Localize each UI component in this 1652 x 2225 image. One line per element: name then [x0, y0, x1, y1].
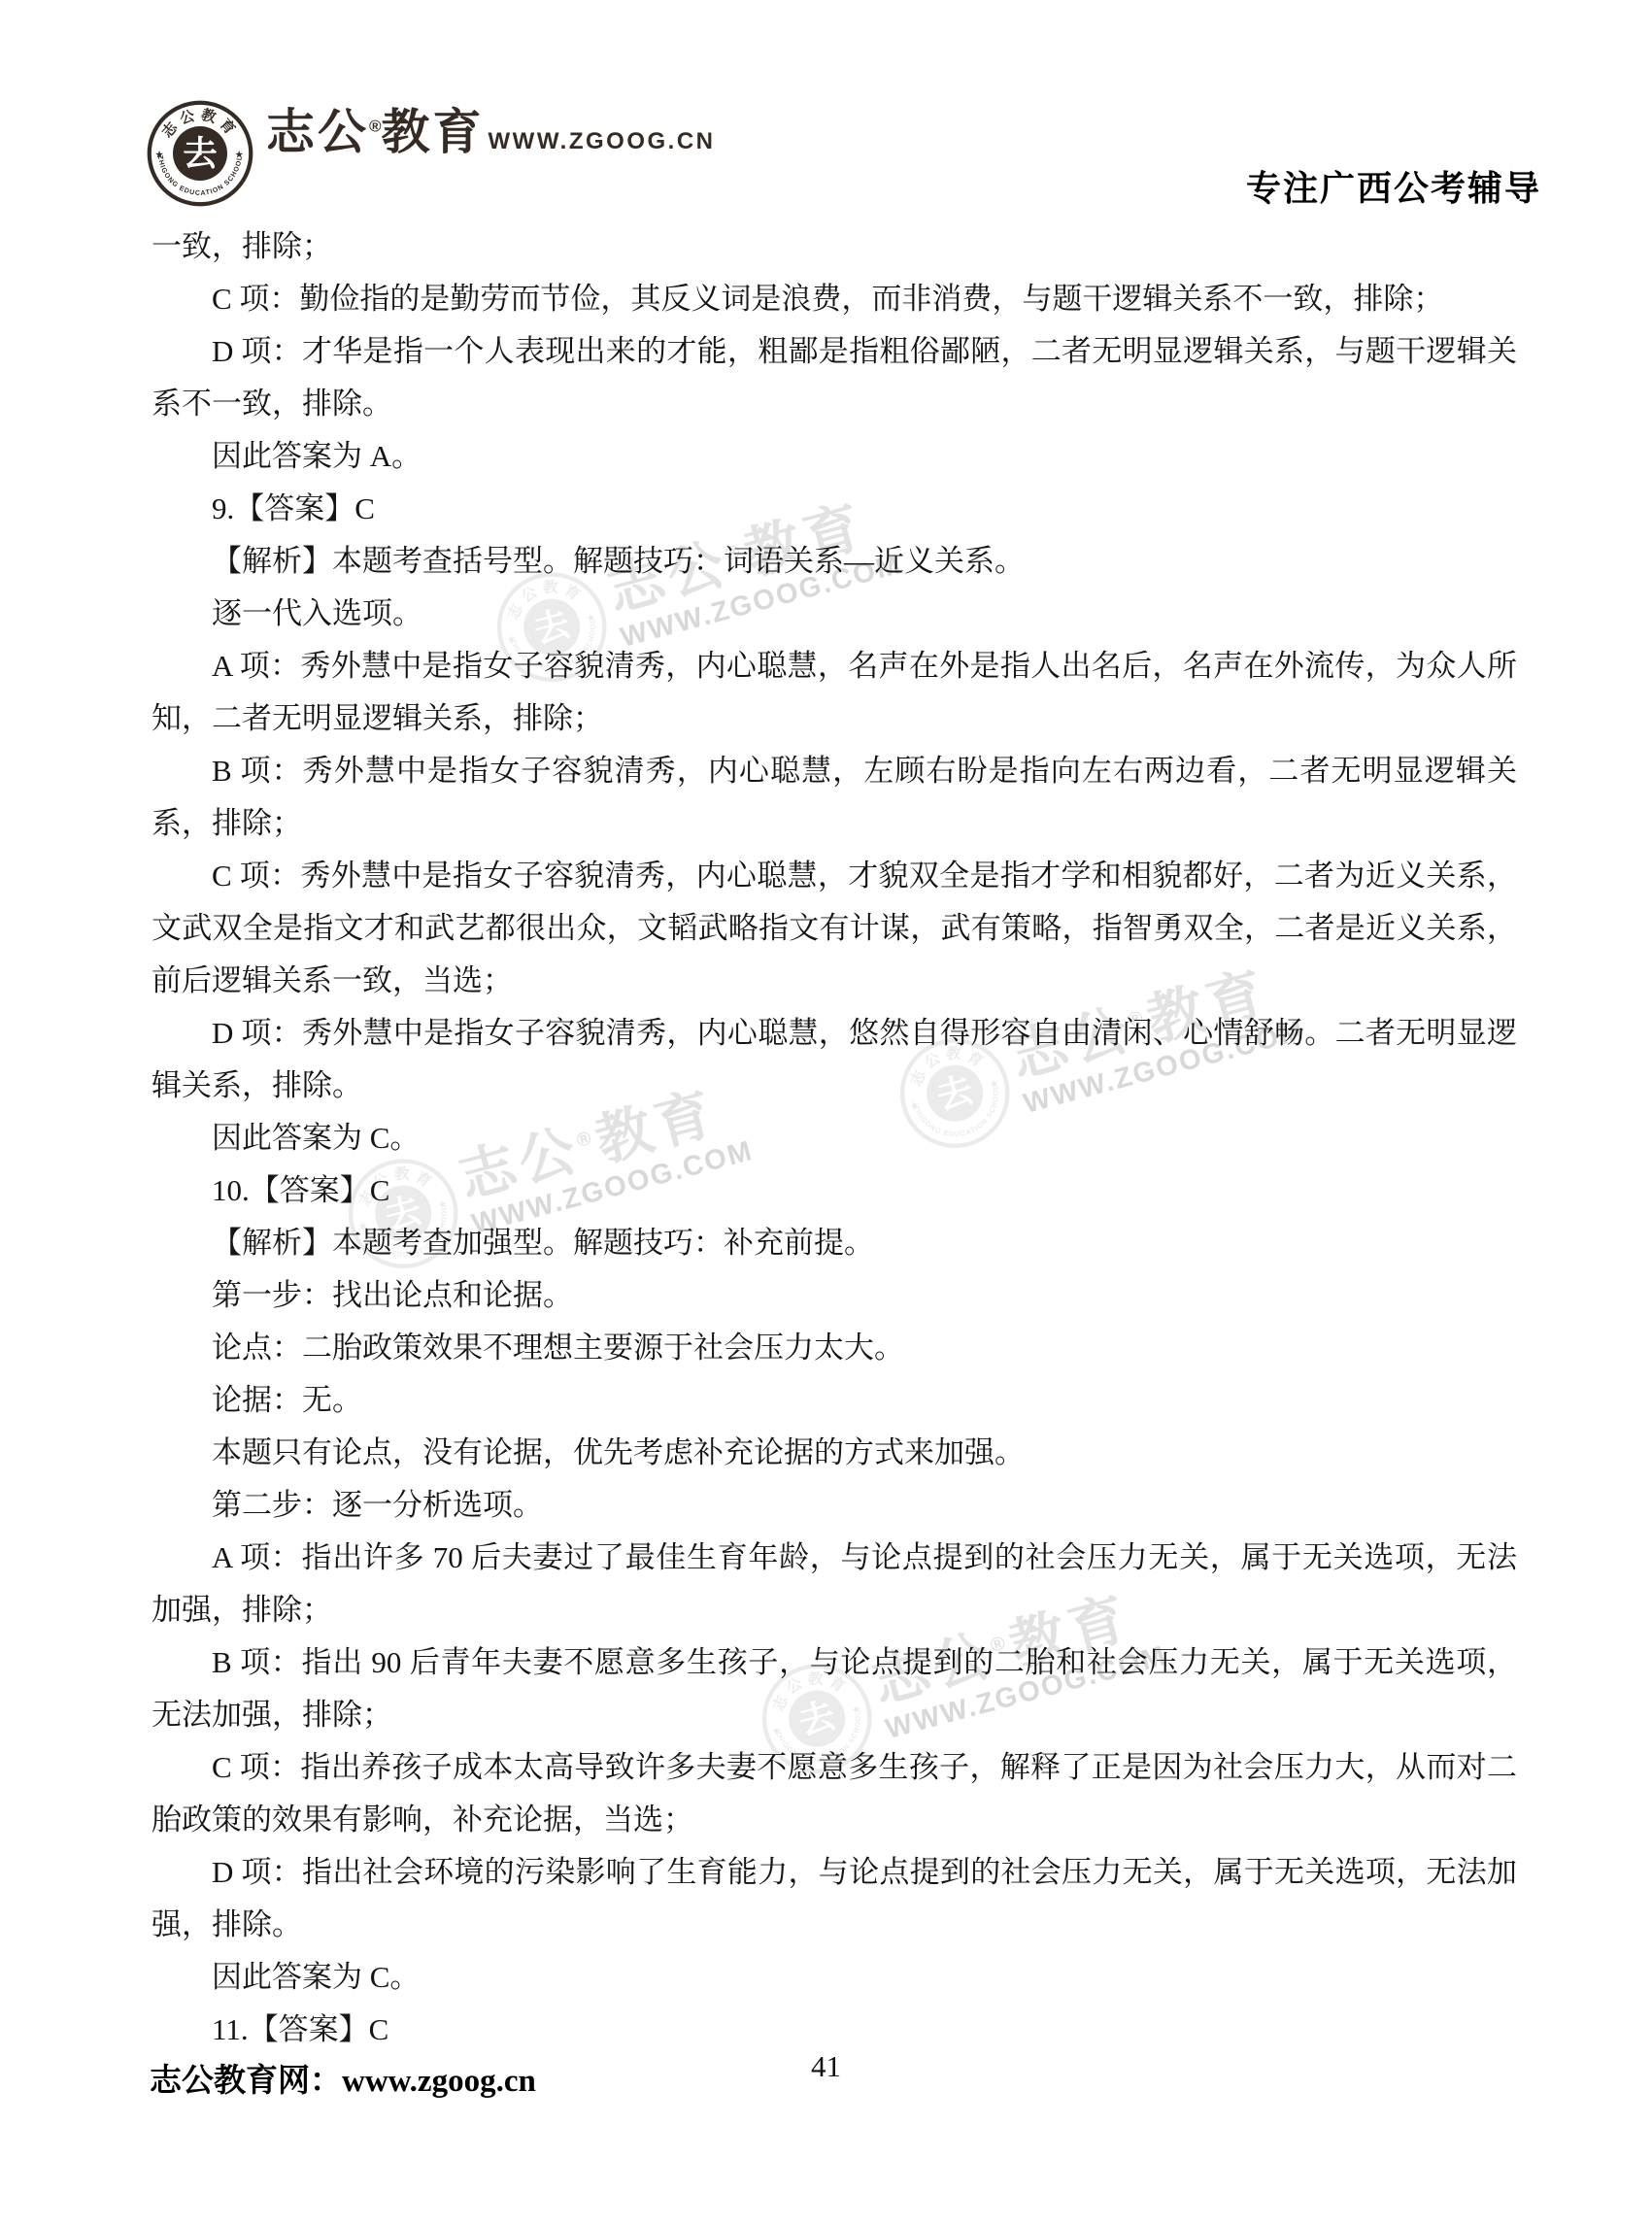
- paragraph: B 项：秀外慧中是指女子容貌清秀，内心聪慧，左顾右盼是指向左右两边看，二者无明显…: [152, 745, 1517, 850]
- paragraph: C 项：指出养孩子成本太高导致许多夫妻不愿意多生孩子，解释了正是因为社会压力大，…: [152, 1741, 1517, 1846]
- logo-text: 志公®教育 WWW.ZGOOG.CN: [266, 99, 716, 158]
- registered-trademark-icon: ®: [369, 117, 382, 135]
- svg-text:★: ★: [154, 151, 163, 161]
- brand-website: WWW.ZGOOG.CN: [489, 128, 716, 154]
- paragraph: 9.【答案】C: [152, 483, 1517, 535]
- zhigong-seal-icon: 去志公教育ZHIGONG EDUCATION SCHOOL★★: [146, 99, 254, 208]
- paragraph: 本题只有论点，没有论据，优先考虑补充论据的方式来加强。: [152, 1427, 1517, 1479]
- page-number: 41: [0, 2049, 1652, 2084]
- paragraph: 【解析】本题考查加强型。解题技巧：补充前提。: [152, 1217, 1517, 1269]
- zhigong-logo: 去志公教育ZHIGONG EDUCATION SCHOOL★★ 志公®教育 WW…: [146, 99, 716, 208]
- answer-explanations: 一致，排除；C 项：勤俭指的是勤劳而节俭，其反义词是浪费，而非消费，与题干逻辑关…: [152, 220, 1517, 2056]
- brand-wordmark: 志公®教育: [266, 105, 485, 159]
- header-tagline: 专注广西公考辅导: [1246, 161, 1541, 211]
- paragraph: D 项：才华是指一个人表现出来的才能，粗鄙是指粗俗鄙陋，二者无明显逻辑关系，与题…: [152, 325, 1517, 430]
- paragraph: 论点：二胎政策效果不理想主要源于社会压力太大。: [152, 1322, 1517, 1374]
- svg-text:★: ★: [234, 151, 243, 161]
- paragraph: 【解析】本题考查括号型。解题技巧：词语关系—近义关系。: [152, 535, 1517, 588]
- paragraph: C 项：秀外慧中是指女子容貌清秀，内心聪慧，才貌双全是指才学和相貌都好，二者为近…: [152, 850, 1517, 1007]
- paragraph: B 项：指出 90 后青年夫妻不愿意多生孩子，与论点提到的二胎和社会压力无关，属…: [152, 1636, 1517, 1741]
- paragraph: 一致，排除；: [152, 220, 1517, 273]
- paragraph: 因此答案为 C。: [152, 1112, 1517, 1164]
- document-page: 去志公教育ZHIGONG EDUCATION SCHOOL★★ 志公®教育 WW…: [0, 0, 1652, 2225]
- paragraph: D 项：秀外慧中是指女子容貌清秀，内心聪慧，悠然自得形容自由清闲、心情舒畅。二者…: [152, 1007, 1517, 1112]
- paragraph: 11.【答案】C: [152, 2004, 1517, 2056]
- paragraph: 论据：无。: [152, 1374, 1517, 1427]
- paragraph: 逐一代入选项。: [152, 588, 1517, 640]
- paragraph: 因此答案为 C。: [152, 1951, 1517, 2004]
- paragraph: 第二步：逐一分析选项。: [152, 1479, 1517, 1532]
- paragraph: A 项：指出许多 70 后夫妻过了最佳生育年龄，与论点提到的社会压力无关，属于无…: [152, 1532, 1517, 1636]
- svg-text:去: 去: [183, 134, 217, 173]
- paragraph: C 项：勤俭指的是勤劳而节俭，其反义词是浪费，而非消费，与题干逻辑关系不一致，排…: [152, 273, 1517, 325]
- paragraph: 第一步：找出论点和论据。: [152, 1269, 1517, 1322]
- paragraph: A 项：秀外慧中是指女子容貌清秀，内心聪慧，名声在外是指人出名后，名声在外流传，…: [152, 640, 1517, 745]
- paragraph: 因此答案为 A。: [152, 430, 1517, 483]
- paragraph: 10.【答案】C: [152, 1164, 1517, 1217]
- paragraph: D 项：指出社会环境的污染影响了生育能力，与论点提到的社会压力无关，属于无关选项…: [152, 1846, 1517, 1951]
